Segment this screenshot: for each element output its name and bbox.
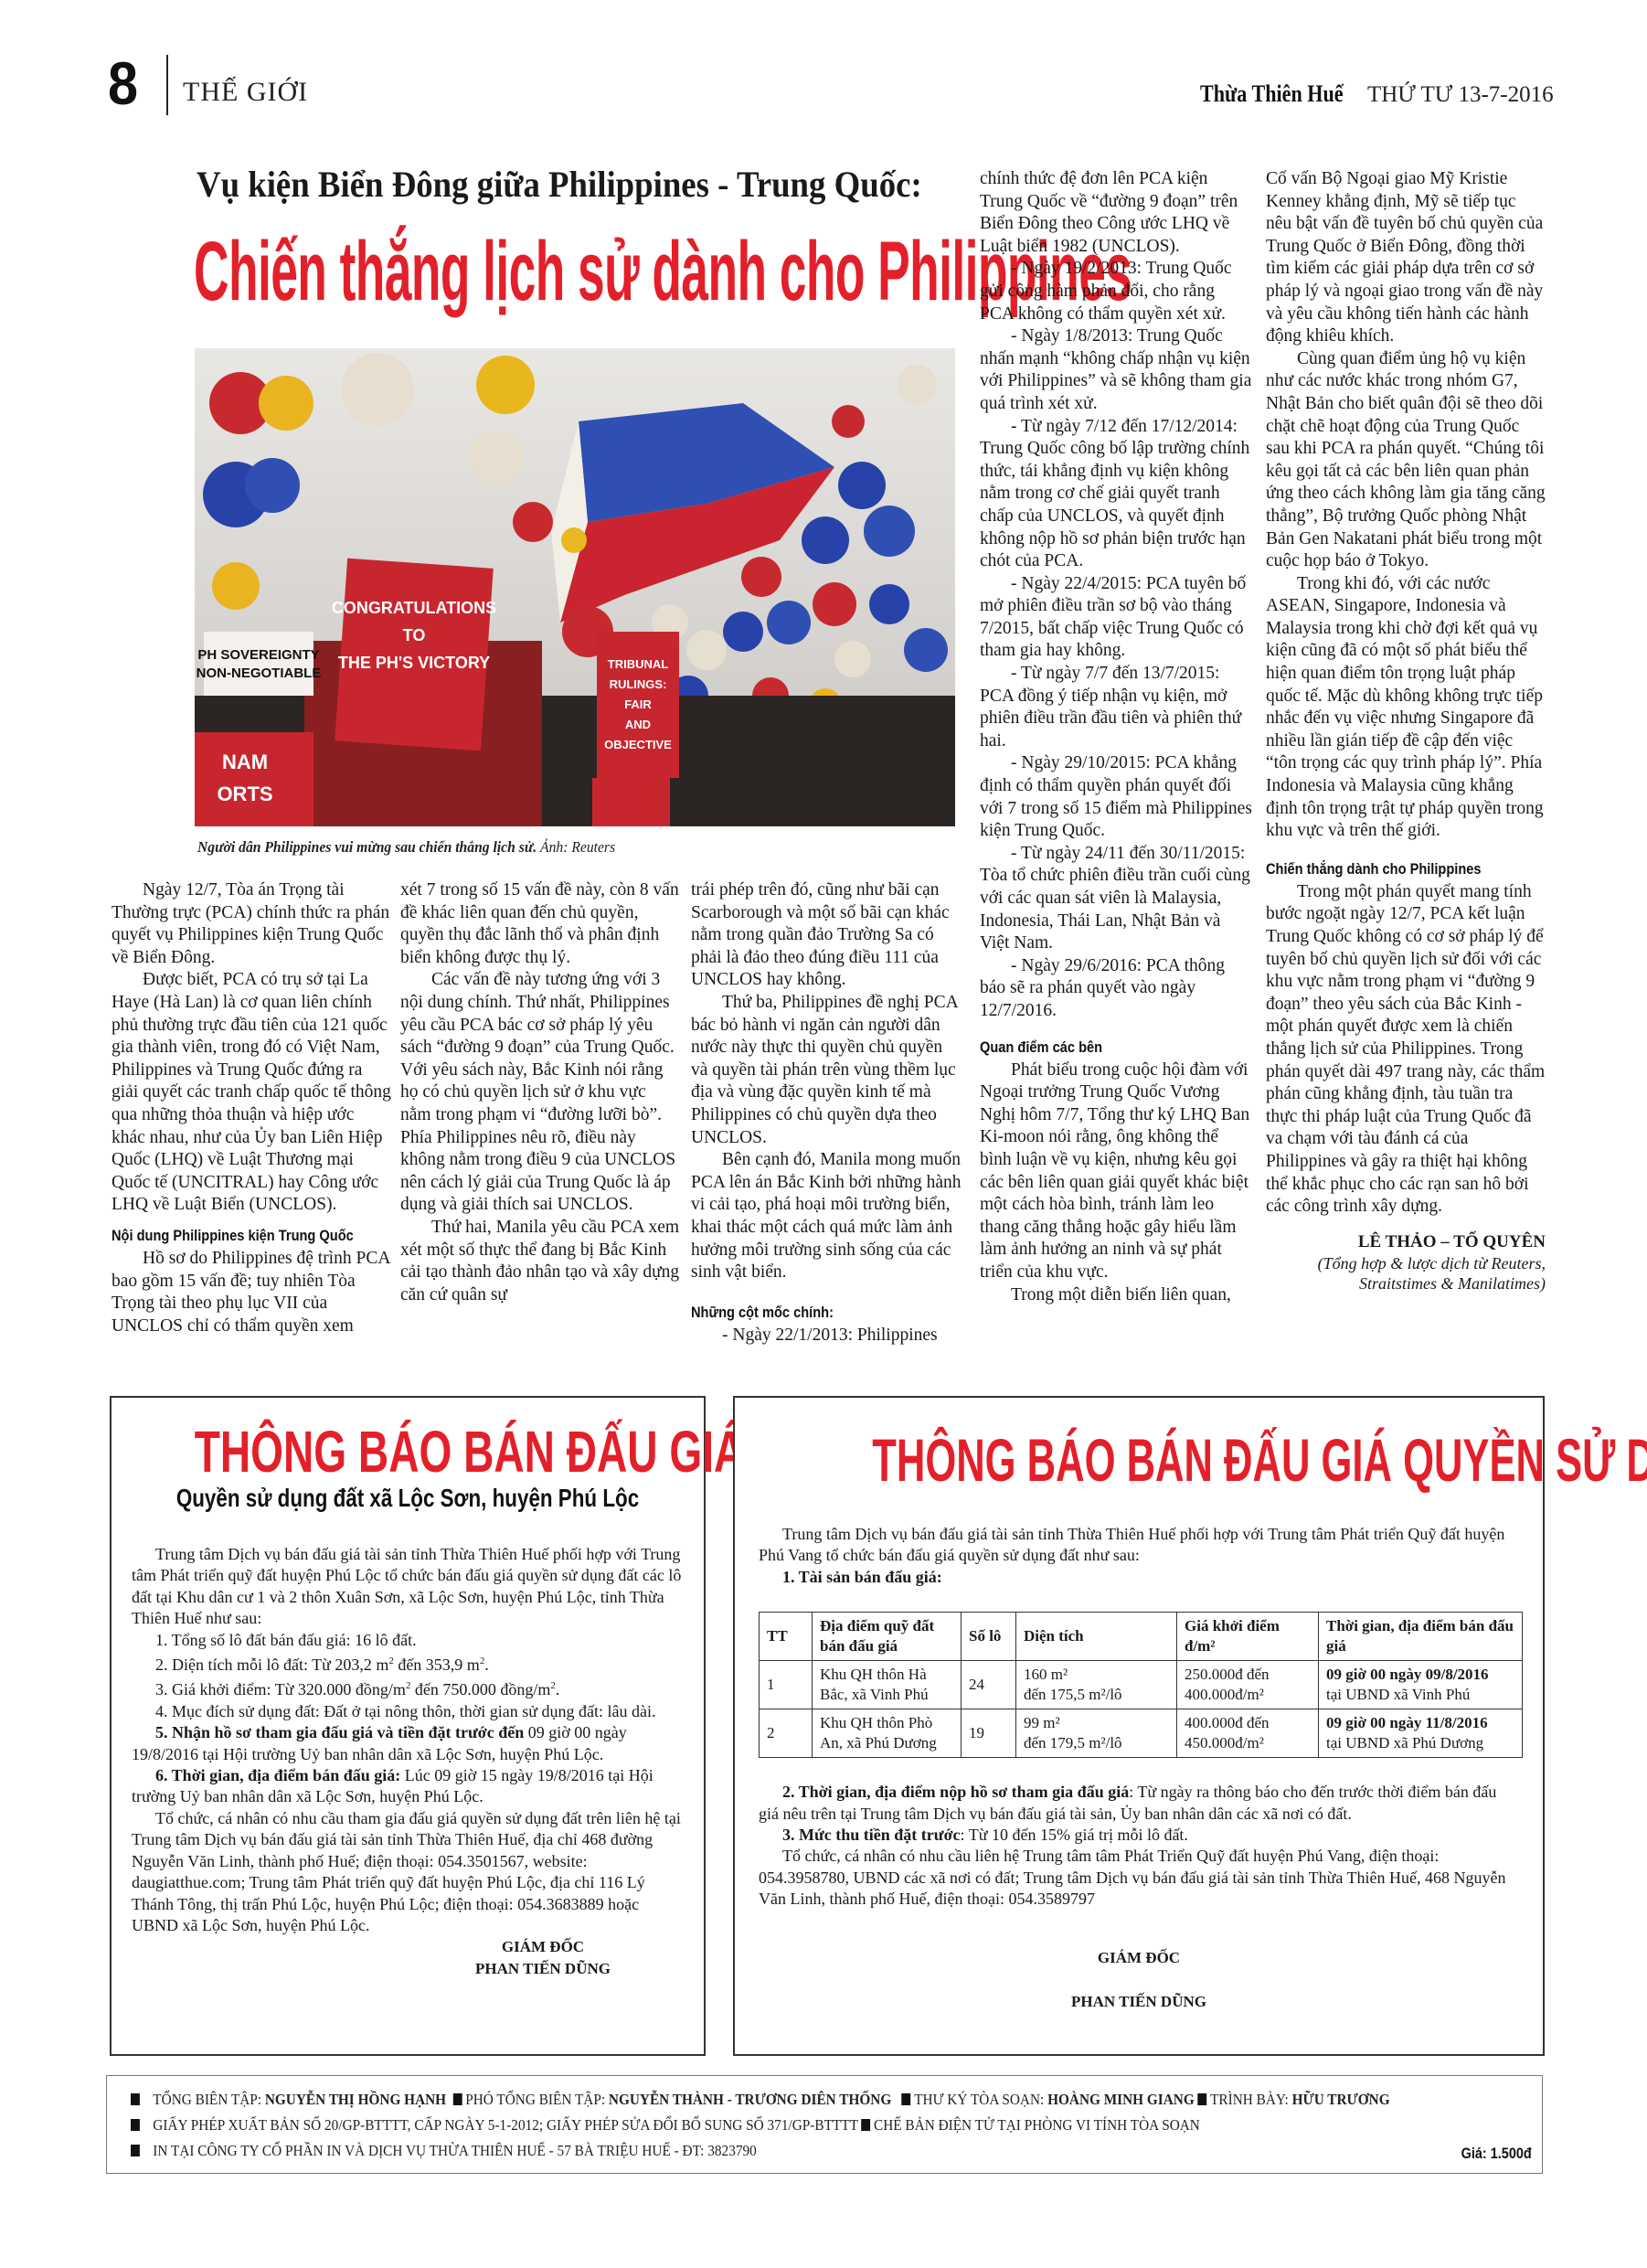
- svg-text:OBJECTIVE: OBJECTIVE: [604, 738, 672, 751]
- svg-text:NAM: NAM: [222, 751, 268, 773]
- auction-table: TT Địa điểm quỹ đất bán đấu giá Số lô Di…: [759, 1612, 1523, 1758]
- paragraph: Trong khi đó, với các nước ASEAN, Singap…: [1266, 573, 1546, 843]
- photo-credit: Ảnh: Reuters: [540, 838, 615, 856]
- svg-text:ORTS: ORTS: [217, 783, 272, 805]
- table-row: 1 Khu QH thôn Hà Bắc, xã Vinh Phú 24 160…: [760, 1661, 1523, 1709]
- paragraph: Ngày 12/7, Tòa án Trọng tài Thường trực …: [112, 879, 391, 969]
- svg-text:FAIR: FAIR: [624, 697, 652, 711]
- page-number: 8: [108, 53, 138, 113]
- paragraph: Trong một diễn biến liên quan,: [980, 1284, 1252, 1307]
- ad-title: THÔNG BÁO BÁN ĐẤU GIÁ QUYỀN SỬ DỤNG ĐẤT: [872, 1425, 1405, 1495]
- masthead-footer: TỔNG BIÊN TẬP: NGUYỄN THỊ HỒNG HẠNH PHÓ …: [106, 2075, 1543, 2174]
- paragraph: Thứ ba, Philippines đề nghị PCA bác bỏ h…: [691, 992, 962, 1149]
- ad-section: 2. Thời gian, địa điểm nộp hồ sơ tham gi…: [759, 1782, 1519, 1825]
- ad-title: THÔNG BÁO BÁN ĐẤU GIÁ: [195, 1418, 622, 1485]
- footer-license-line: GIẤY PHÉP XUẤT BẢN SỐ 20/GP-BTTTT, CẤP N…: [131, 2113, 1401, 2138]
- subheading: Quan điểm các bên: [980, 1036, 1214, 1059]
- photo-caption: Người dân Philippines vui mừng sau chiến…: [197, 838, 615, 857]
- timeline-item: - Ngày 19/2/2013: Trung Quốc gửi công hà…: [980, 258, 1252, 325]
- ad-item: 4. Mục đích sử dụng đất: Đất ở tại nông …: [132, 1701, 684, 1722]
- signature-title: GIÁM ĐỐC: [406, 1936, 680, 1958]
- auction-notice-loc-son: THÔNG BÁO BÁN ĐẤU GIÁ Quyền sử dụng đất …: [110, 1396, 706, 2056]
- ad-subtitle: Quyền sử dụng đất xã Lộc Sơn, huyện Phú …: [171, 1484, 644, 1513]
- square-bullet-icon: [131, 2119, 140, 2131]
- signature-title: GIÁM ĐỐC: [759, 1947, 1519, 1969]
- issue-date: THỨ TƯ 13-7-2016: [1367, 82, 1554, 108]
- paragraph: Thứ hai, Manila yêu cầu PCA xem xét một …: [400, 1217, 680, 1306]
- ad-item: 2. Diện tích mỗi lô đất: Từ 203,2 m2 đến…: [132, 1651, 684, 1676]
- paragraph: Phát biểu trong cuộc hội đàm với Ngoại t…: [980, 1059, 1252, 1284]
- svg-text:CONGRATULATIONS: CONGRATULATIONS: [332, 599, 496, 617]
- footer-staff-line: TỔNG BIÊN TẬP: NGUYỄN THỊ HỒNG HẠNH PHÓ …: [131, 2087, 1401, 2113]
- square-bullet-icon: [862, 2119, 871, 2131]
- signature-name: PHAN TIẾN DŨNG: [406, 1958, 680, 1980]
- article-column-3: trái phép trên đó, cũng như bãi cạn Scar…: [691, 879, 962, 1347]
- ad-contact: Tổ chức, cá nhân có nhu cầu liên hệ Trun…: [759, 1846, 1519, 1910]
- paragraph: Được biết, PCA có trụ sở tại La Haye (Hà…: [112, 969, 391, 1217]
- ad-section: 3. Mức thu tiền đặt trước: Từ 10 đến 15%…: [759, 1825, 1519, 1846]
- svg-text:AND: AND: [625, 718, 651, 731]
- paragraph: chính thức đệ đơn lên PCA kiện Trung Quố…: [980, 168, 1252, 258]
- ad-intro: Trung tâm Dịch vụ bán đấu giá tài sản tỉ…: [759, 1524, 1519, 1567]
- timeline-item: - Từ ngày 7/12 đến 17/12/2014: Trung Quố…: [980, 416, 1252, 573]
- ad-body: Trung tâm Dịch vụ bán đấu giá tài sản tỉ…: [735, 1524, 1543, 2013]
- newspaper-name: Thừa Thiên Huế: [1200, 80, 1344, 108]
- timeline-item: - Ngày 29/10/2015: PCA khẳng định có thẩ…: [980, 752, 1252, 842]
- square-bullet-icon: [902, 2093, 911, 2105]
- table-row: 2 Khu QH thôn Phò An, xã Phú Dương 19 99…: [760, 1709, 1523, 1758]
- subheading: Nội dung Philippines kiện Trung Quốc: [112, 1224, 352, 1248]
- auction-notice-phu-vang: THÔNG BÁO BÁN ĐẤU GIÁ QUYỀN SỬ DỤNG ĐẤT …: [733, 1396, 1545, 2056]
- ad-body: Trung tâm Dịch vụ bán đấu giá tài sản tỉ…: [112, 1544, 704, 1980]
- source-note: (Tổng hợp & lược dịch từ Reuters, Strait…: [1266, 1253, 1546, 1294]
- timeline-item: - Từ ngày 24/11 đến 30/11/2015: Tòa tổ c…: [980, 843, 1252, 955]
- svg-text:RULINGS:: RULINGS:: [610, 677, 667, 691]
- caption-text: Người dân Philippines vui mừng sau chiến…: [197, 838, 537, 856]
- square-bullet-icon: [453, 2093, 462, 2105]
- paragraph: Hồ sơ do Philippines đệ trình PCA bao gồ…: [112, 1248, 391, 1337]
- paragraph: xét 7 trong số 15 vấn đề này, còn 8 vấn …: [400, 879, 680, 969]
- paragraph: Bên cạnh đó, Manila mong muốn PCA lên án…: [691, 1149, 962, 1284]
- svg-text:PH SOVEREIGNTY: PH SOVEREIGNTY: [197, 647, 319, 663]
- paragraph: trái phép trên đó, cũng như bãi cạn Scar…: [691, 879, 962, 992]
- timeline-item: - Ngày 1/8/2013: Trung Quốc nhấn mạnh “k…: [980, 325, 1252, 415]
- svg-text:THE PH'S VICTORY: THE PH'S VICTORY: [338, 654, 490, 672]
- paragraph: Trong một phán quyết mang tính bước ngoặ…: [1266, 881, 1546, 1219]
- table-header-row: TT Địa điểm quỹ đất bán đấu giá Số lô Di…: [760, 1613, 1523, 1661]
- signature-name: PHAN TIẾN DŨNG: [759, 1991, 1519, 2013]
- square-bullet-icon: [1198, 2093, 1207, 2105]
- paragraph: Các vấn đề này tương ứng với 3 nội dung …: [400, 969, 680, 1217]
- byline: LÊ THẢO – TỐ QUYÊN: [1266, 1231, 1546, 1254]
- ad-item: 1. Tổng số lô đất bán đấu giá: 16 lô đất…: [132, 1630, 684, 1651]
- svg-text:TO: TO: [403, 626, 426, 644]
- timeline-item: - Từ ngày 7/7 đến 13/7/2015: PCA đồng ý …: [980, 663, 1252, 752]
- article-kicker: Vụ kiện Biển Đông giữa Philippines - Tru…: [197, 163, 922, 206]
- header-divider: [166, 55, 168, 115]
- square-bullet-icon: [131, 2145, 140, 2156]
- article-column-1: Ngày 12/7, Tòa án Trọng tài Thường trực …: [112, 879, 391, 1337]
- subheading: Chiến thắng dành cho Philippines: [1266, 857, 1506, 881]
- paragraph: Cùng quan điểm ủng hộ vụ kiện như các nư…: [1266, 348, 1546, 573]
- ad-item: 6. Thời gian, địa điểm bán đấu giá: Lúc …: [132, 1765, 684, 1808]
- ad-intro: Trung tâm Dịch vụ bán đấu giá tài sản tỉ…: [132, 1544, 684, 1630]
- paragraph: Cố vấn Bộ Ngoại giao Mỹ Kristie Kenney k…: [1266, 168, 1546, 348]
- ad-item: 5. Nhận hồ sơ tham gia đấu giá và tiền đ…: [132, 1722, 684, 1765]
- ad-contact: Tổ chức, cá nhân có nhu cầu tham gia đấu…: [132, 1808, 684, 1936]
- rally-photo-illustration: PH SOVEREIGNTY NON-NEGOTIABLE CONGRATULA…: [195, 348, 955, 826]
- timeline-item: - Ngày 22/4/2015: PCA tuyên bố mở phiên …: [980, 573, 1252, 663]
- footer-printer-line: IN TẠI CÔNG TY CỔ PHẦN IN VÀ DỊCH VỤ THỪ…: [131, 2138, 1401, 2164]
- section-name: THẾ GIỚI: [183, 77, 308, 108]
- ad-section: 1. Tài sản bán đấu giá:: [759, 1567, 1519, 1588]
- subheading: Những cột mốc chính:: [691, 1301, 924, 1325]
- svg-text:TRIBUNAL: TRIBUNAL: [608, 657, 668, 671]
- timeline-item: - Ngày 29/6/2016: PCA thông báo sẽ ra ph…: [980, 955, 1252, 1023]
- cover-price: Giá: 1.500đ: [1461, 2145, 1532, 2163]
- article-column-2: xét 7 trong số 15 vấn đề này, còn 8 vấn …: [400, 879, 680, 1306]
- square-bullet-icon: [131, 2093, 140, 2105]
- article-column-4: chính thức đệ đơn lên PCA kiện Trung Quố…: [980, 168, 1252, 1306]
- article-photo: PH SOVEREIGNTY NON-NEGOTIABLE CONGRATULA…: [195, 348, 955, 826]
- paragraph: - Ngày 22/1/2013: Philippines: [691, 1325, 962, 1347]
- article-column-5: Cố vấn Bộ Ngoại giao Mỹ Kristie Kenney k…: [1266, 168, 1546, 1294]
- svg-text:NON-NEGOTIABLE: NON-NEGOTIABLE: [197, 665, 322, 681]
- ad-item: 3. Giá khởi điểm: Từ 320.000 đồng/m2 đến…: [132, 1676, 684, 1700]
